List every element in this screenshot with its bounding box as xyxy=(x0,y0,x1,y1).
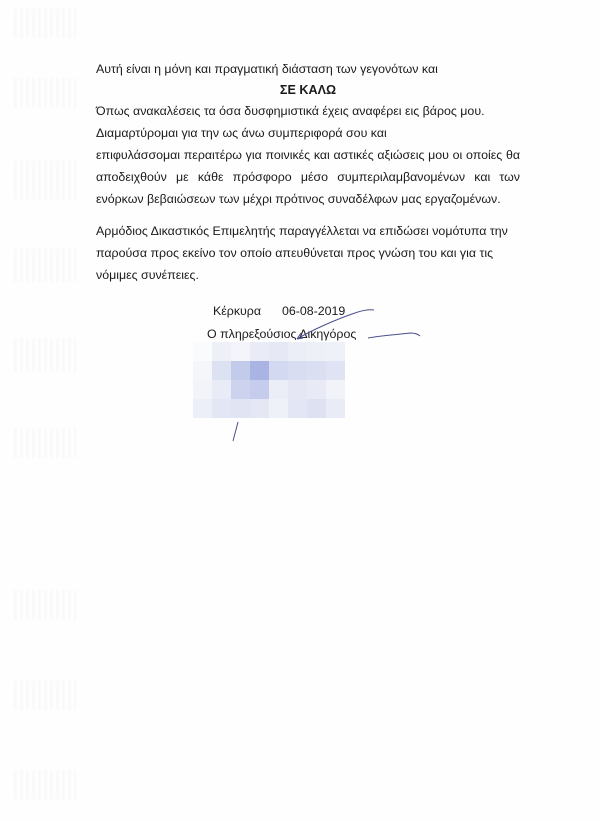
signature-date: 06-08-2019 xyxy=(282,304,345,318)
heading-se-kalo: ΣΕ ΚΑΛΩ xyxy=(96,83,520,97)
scan-artifact xyxy=(14,590,76,620)
scan-artifact xyxy=(14,428,76,458)
body-line: Αρμόδιος Δικαστικός Επιμελητής παραγγέλλ… xyxy=(96,220,520,243)
scan-artifact xyxy=(14,338,76,372)
body-line: Διαμαρτύρομαι για την ως άνω συμπεριφορά… xyxy=(96,122,520,145)
signature-place: Κέρκυρα xyxy=(213,304,261,318)
scan-artifact xyxy=(14,78,76,108)
scan-artifact xyxy=(14,680,76,710)
scan-artifact xyxy=(14,248,76,282)
document-page: Αυτή είναι η μόνη και πραγματική διάστασ… xyxy=(0,0,600,821)
signature-place-date: Κέρκυρα 06-08-2019 xyxy=(213,304,345,318)
scan-artifact xyxy=(14,8,76,38)
body-line: επιφυλάσσομαι περαιτέρω για ποινικές και… xyxy=(96,144,520,167)
scan-artifact xyxy=(14,770,76,800)
redacted-signature xyxy=(193,342,345,418)
scan-artifact xyxy=(14,160,76,200)
signature-role: Ο πληρεξούσιος Δικηγόρος xyxy=(207,327,356,341)
body-line: νόμιμες συνέπειες. xyxy=(96,264,520,287)
body-line: Αυτή είναι η μόνη και πραγματική διάστασ… xyxy=(96,58,520,81)
body-line: Όπως ανακαλέσεις τα όσα δυσφημιστικά έχε… xyxy=(96,100,520,123)
body-line: αποδειχθούν με κάθε πρόσφορο μέσο συμπερ… xyxy=(96,166,520,189)
body-line: ενόρκων βεβαιώσεων των μέχρι πρότινος συ… xyxy=(96,188,520,211)
body-line: παρούσα προς εκείνο τον οποίο απευθύνετα… xyxy=(96,242,520,265)
